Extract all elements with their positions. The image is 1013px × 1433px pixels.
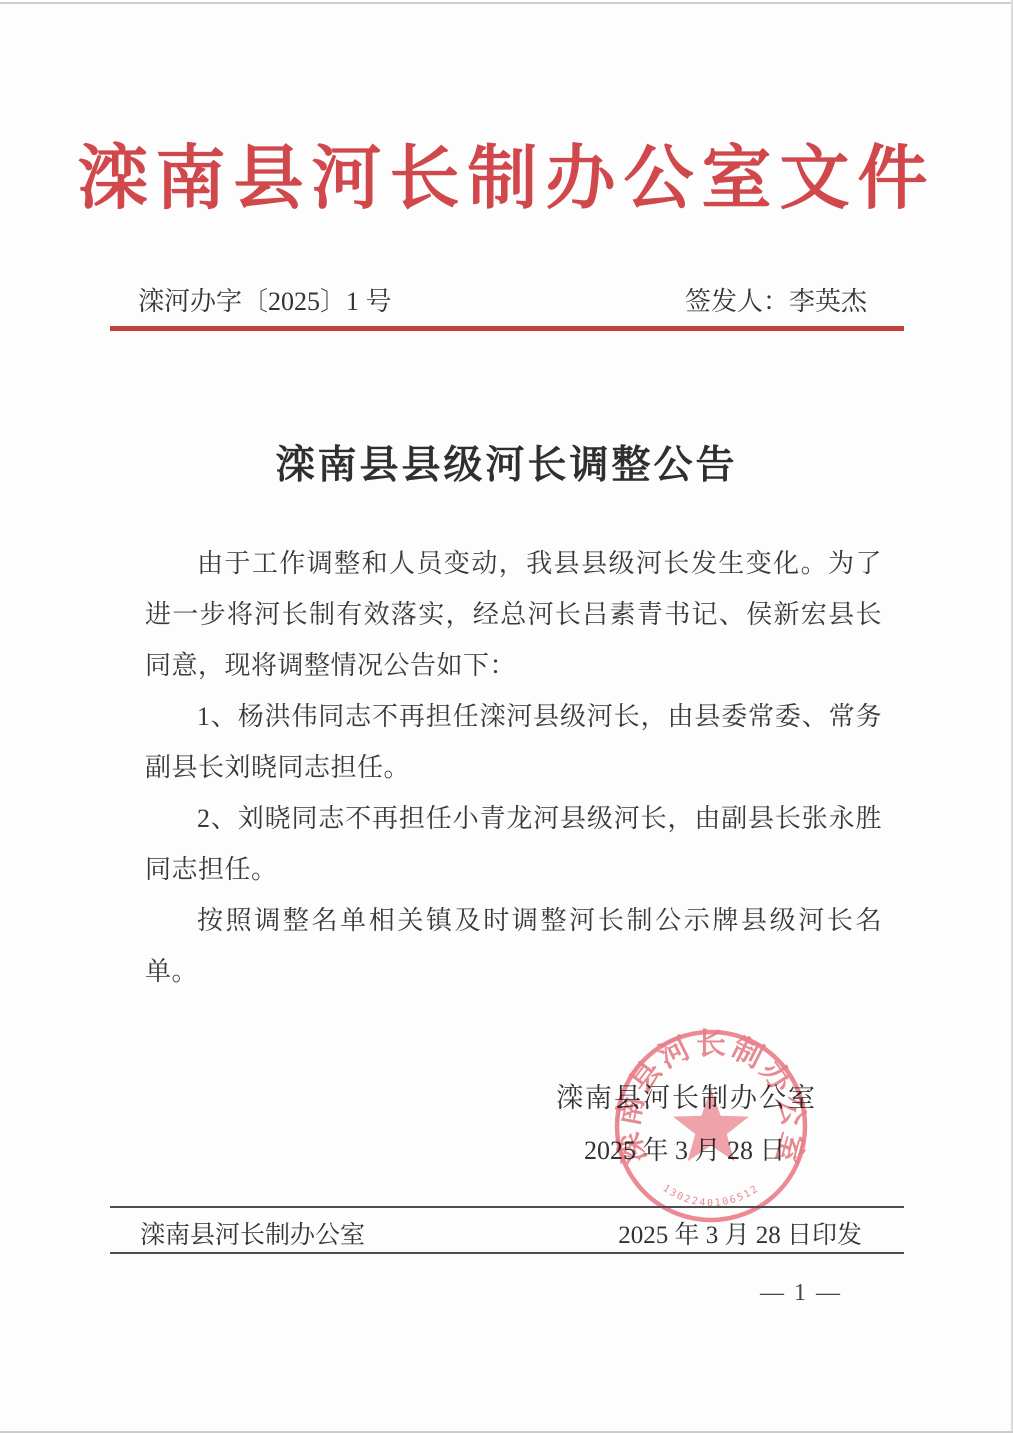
document-title: 滦南县县级河长调整公告 — [0, 434, 1013, 490]
letterhead-title: 滦南县河长制办公室文件 — [0, 122, 1013, 223]
signer: 签发人：李英杰 — [685, 281, 867, 318]
seal-star-icon — [673, 1089, 749, 1161]
body-paragraph: 1、杨洪伟同志不再担任滦河县级河长，由县委常委、常务副县长刘晓同志担任。 — [145, 691, 882, 793]
document-number: 滦河办字〔2025〕1 号 — [138, 281, 392, 318]
footer-rule-bottom — [110, 1252, 904, 1254]
footer-office: 滦南县河长制办公室 — [140, 1215, 365, 1251]
scan-edge-top — [0, 2, 1013, 4]
body-paragraph: 2、刘晓同志不再担任小青龙河县级河长，由副县长张永胜同志担任。 — [145, 793, 882, 895]
document-number-row: 滦河办字〔2025〕1 号 签发人：李英杰 — [138, 281, 901, 318]
official-seal: 滦南县河长制办公室 1302240106512 — [611, 1026, 811, 1226]
official-seal-graphic: 滦南县河长制办公室 1302240106512 — [611, 1026, 811, 1226]
footer-rule-top — [110, 1206, 904, 1208]
page-number: — 1 — — [760, 1280, 842, 1307]
document-page: 滦南县河长制办公室文件 滦河办字〔2025〕1 号 签发人：李英杰 滦南县县级河… — [0, 0, 1013, 1433]
red-separator-rule — [110, 326, 904, 331]
footer-issue-date: 2025 年 3 月 28 日印发 — [618, 1215, 862, 1251]
footer-row: 滦南县河长制办公室 2025 年 3 月 28 日印发 — [110, 1215, 904, 1251]
body-paragraph: 按照调整名单相关镇及时调整河长制公示牌县级河长名单。 — [145, 895, 882, 997]
document-body: 由于工作调整和人员变动，我县县级河长发生变化。为了进一步将河长制有效落实，经总河… — [145, 538, 882, 997]
body-paragraph: 由于工作调整和人员变动，我县县级河长发生变化。为了进一步将河长制有效落实，经总河… — [145, 538, 882, 691]
